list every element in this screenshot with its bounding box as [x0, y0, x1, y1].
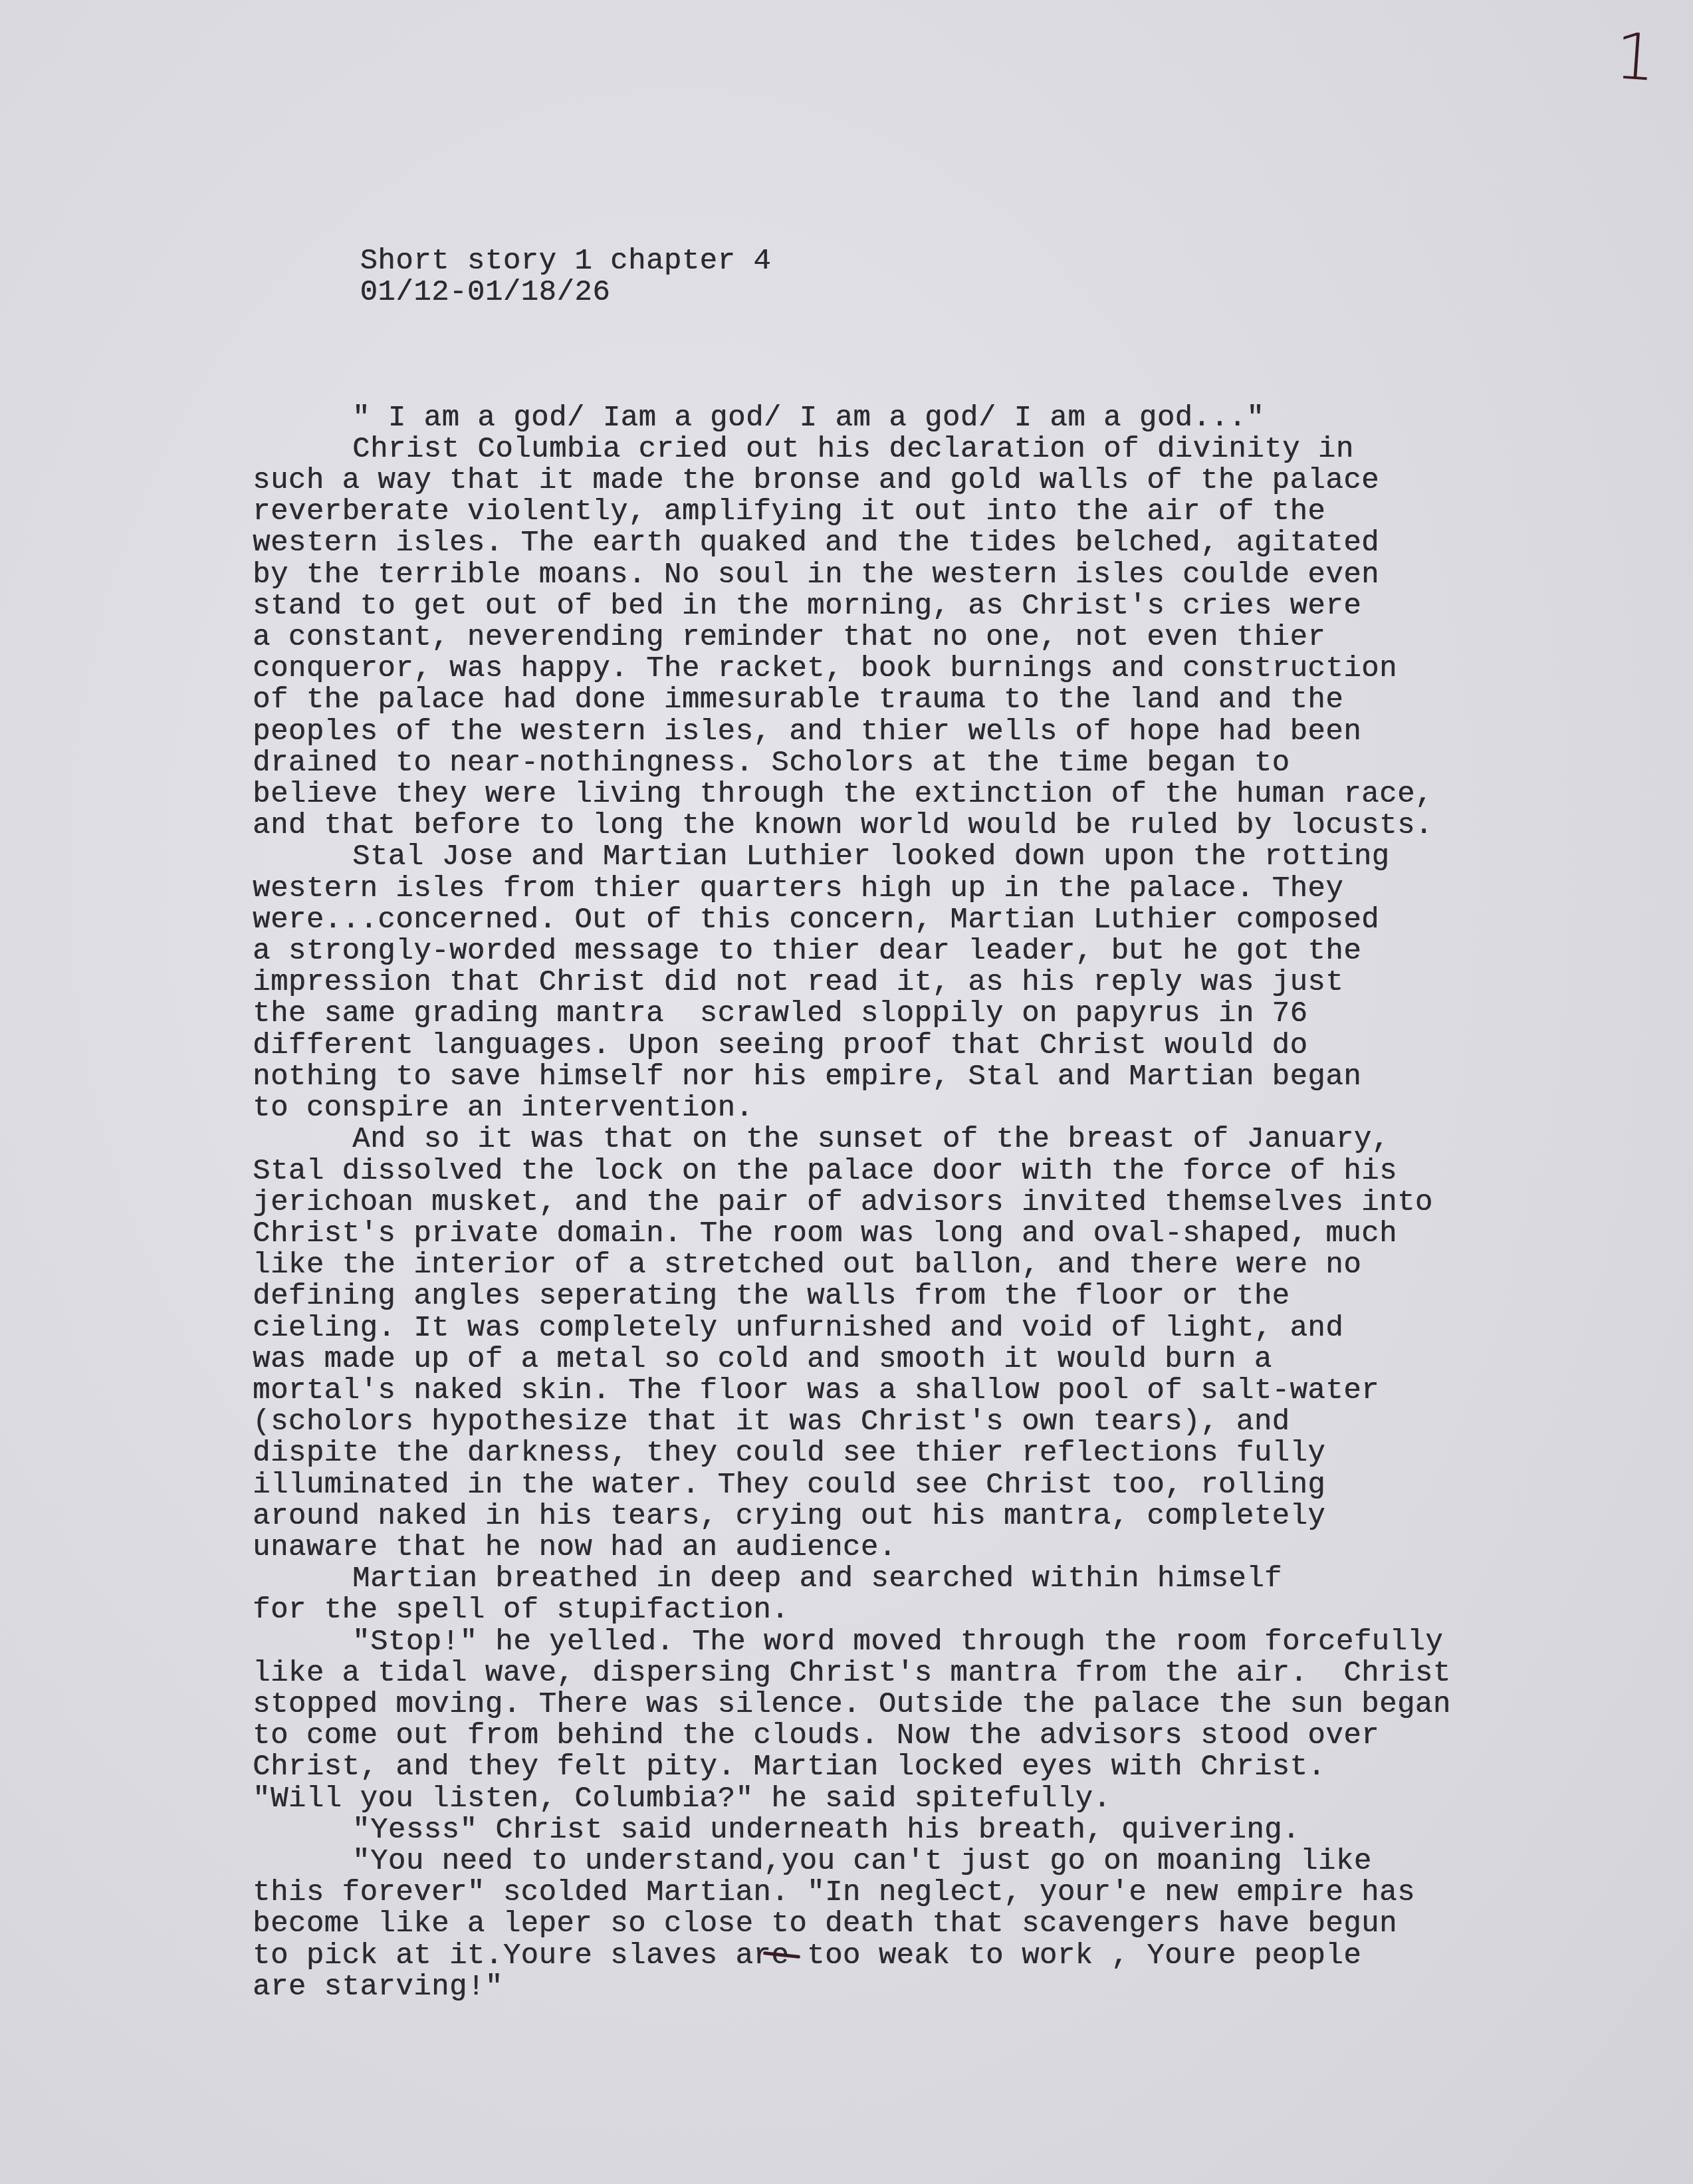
- text-line: a constant, neverending reminder that no…: [253, 622, 1609, 654]
- text-line: cieling. It was completely unfurnished a…: [253, 1313, 1609, 1344]
- text-line: illuminated in the water. They could see…: [253, 1470, 1609, 1501]
- text-line: Christ, and they felt pity. Martian lock…: [253, 1752, 1609, 1783]
- text-line: western isles from thier quarters high u…: [253, 874, 1609, 905]
- text-line: and that before to long the known world …: [253, 810, 1609, 842]
- text-line: believe they were living through the ext…: [253, 779, 1609, 810]
- text-line: for the spell of stupifaction.: [253, 1595, 1609, 1626]
- text-line: are starving!": [253, 1972, 1609, 2003]
- text-line: Stal Jose and Martian Luthier looked dow…: [253, 842, 1609, 873]
- text-line: " I am a god/ Iam a god/ I am a god/ I a…: [253, 403, 1609, 434]
- text-line: around naked in his tears, crying out hi…: [253, 1501, 1609, 1532]
- text-line: (scholors hypothesize that it was Christ…: [253, 1407, 1609, 1438]
- text-line: stopped moving. There was silence. Outsi…: [253, 1689, 1609, 1721]
- text-line: of the palace had done immesurable traum…: [253, 685, 1609, 716]
- text-line: "You need to understand,you can't just g…: [253, 1846, 1609, 1878]
- typed-body: Short story 1 chapter 4 01/12-01/18/26 "…: [253, 152, 1609, 2066]
- text-line: nothing to save himself nor his empire, …: [253, 1062, 1609, 1093]
- text-line: "Will you listen, Columbia?" he said spi…: [253, 1784, 1609, 1815]
- text-line: to come out from behind the clouds. Now …: [253, 1721, 1609, 1752]
- text-line: such a way that it made the bronse and g…: [253, 465, 1609, 497]
- text-line: And so it was that on the sunset of the …: [253, 1124, 1609, 1155]
- handwritten-page-number: 1: [1613, 19, 1658, 96]
- text-line: "Yesss" Christ said underneath his breat…: [253, 1815, 1609, 1846]
- text-line: were...concerned. Out of this concern, M…: [253, 905, 1609, 936]
- text-line: different languages. Upon seeing proof t…: [253, 1031, 1609, 1062]
- text-line: like a tidal wave, dispersing Christ's m…: [253, 1658, 1609, 1689]
- text-line: stand to get out of bed in the morning, …: [253, 591, 1609, 622]
- date-range: 01/12-01/18/26: [360, 276, 610, 309]
- text-line: dispite the darkness, they could see thi…: [253, 1438, 1609, 1469]
- text-line: jerichoan musket, and the pair of adviso…: [253, 1187, 1609, 1219]
- text-line: was made up of a metal so cold and smoot…: [253, 1344, 1609, 1376]
- story-text: " I am a god/ Iam a god/ I am a god/ I a…: [253, 403, 1609, 2003]
- text-line: to conspire an intervention.: [253, 1093, 1609, 1124]
- document-header: Short story 1 chapter 4 01/12-01/18/26: [253, 214, 1469, 340]
- text-line: to pick at it.Youre slaves are too weak …: [253, 1941, 1609, 1972]
- text-line: conqueror, was happy. The racket, book b…: [253, 654, 1609, 685]
- text-line: Christ's private domain. The room was lo…: [253, 1219, 1609, 1250]
- text-line: by the terrible moans. No soul in the we…: [253, 560, 1609, 591]
- text-line: reverberate violently, amplifying it out…: [253, 497, 1609, 528]
- text-line: drained to near-nothingness. Scholors at…: [253, 748, 1609, 779]
- text-line: Christ Columbia cried out his declaratio…: [253, 434, 1609, 465]
- text-line: unaware that he now had an audience.: [253, 1532, 1609, 1564]
- typewritten-page: 1 Short story 1 chapter 4 01/12-01/18/26…: [0, 0, 1693, 2184]
- text-line: Stal dissolved the lock on the palace do…: [253, 1156, 1609, 1187]
- story-title: Short story 1 chapter 4: [360, 245, 771, 278]
- text-line: western isles. The earth quaked and the …: [253, 528, 1609, 559]
- text-line: this forever" scolded Martian. "In negle…: [253, 1878, 1609, 1909]
- text-line: defining angles seperating the walls fro…: [253, 1281, 1609, 1312]
- text-line: peoples of the western isles, and thier …: [253, 717, 1609, 748]
- text-line: impression that Christ did not read it, …: [253, 967, 1609, 999]
- text-line: mortal's naked skin. The floor was a sha…: [253, 1376, 1609, 1407]
- text-line: Martian breathed in deep and searched wi…: [253, 1564, 1609, 1595]
- text-line: a strongly-worded message to thier dear …: [253, 936, 1609, 967]
- text-line: become like a leper so close to death th…: [253, 1909, 1609, 1940]
- text-line: the same grading mantra scrawled sloppil…: [253, 999, 1609, 1030]
- text-line: like the interior of a stretched out bal…: [253, 1250, 1609, 1281]
- text-line: "Stop!" he yelled. The word moved throug…: [253, 1627, 1609, 1658]
